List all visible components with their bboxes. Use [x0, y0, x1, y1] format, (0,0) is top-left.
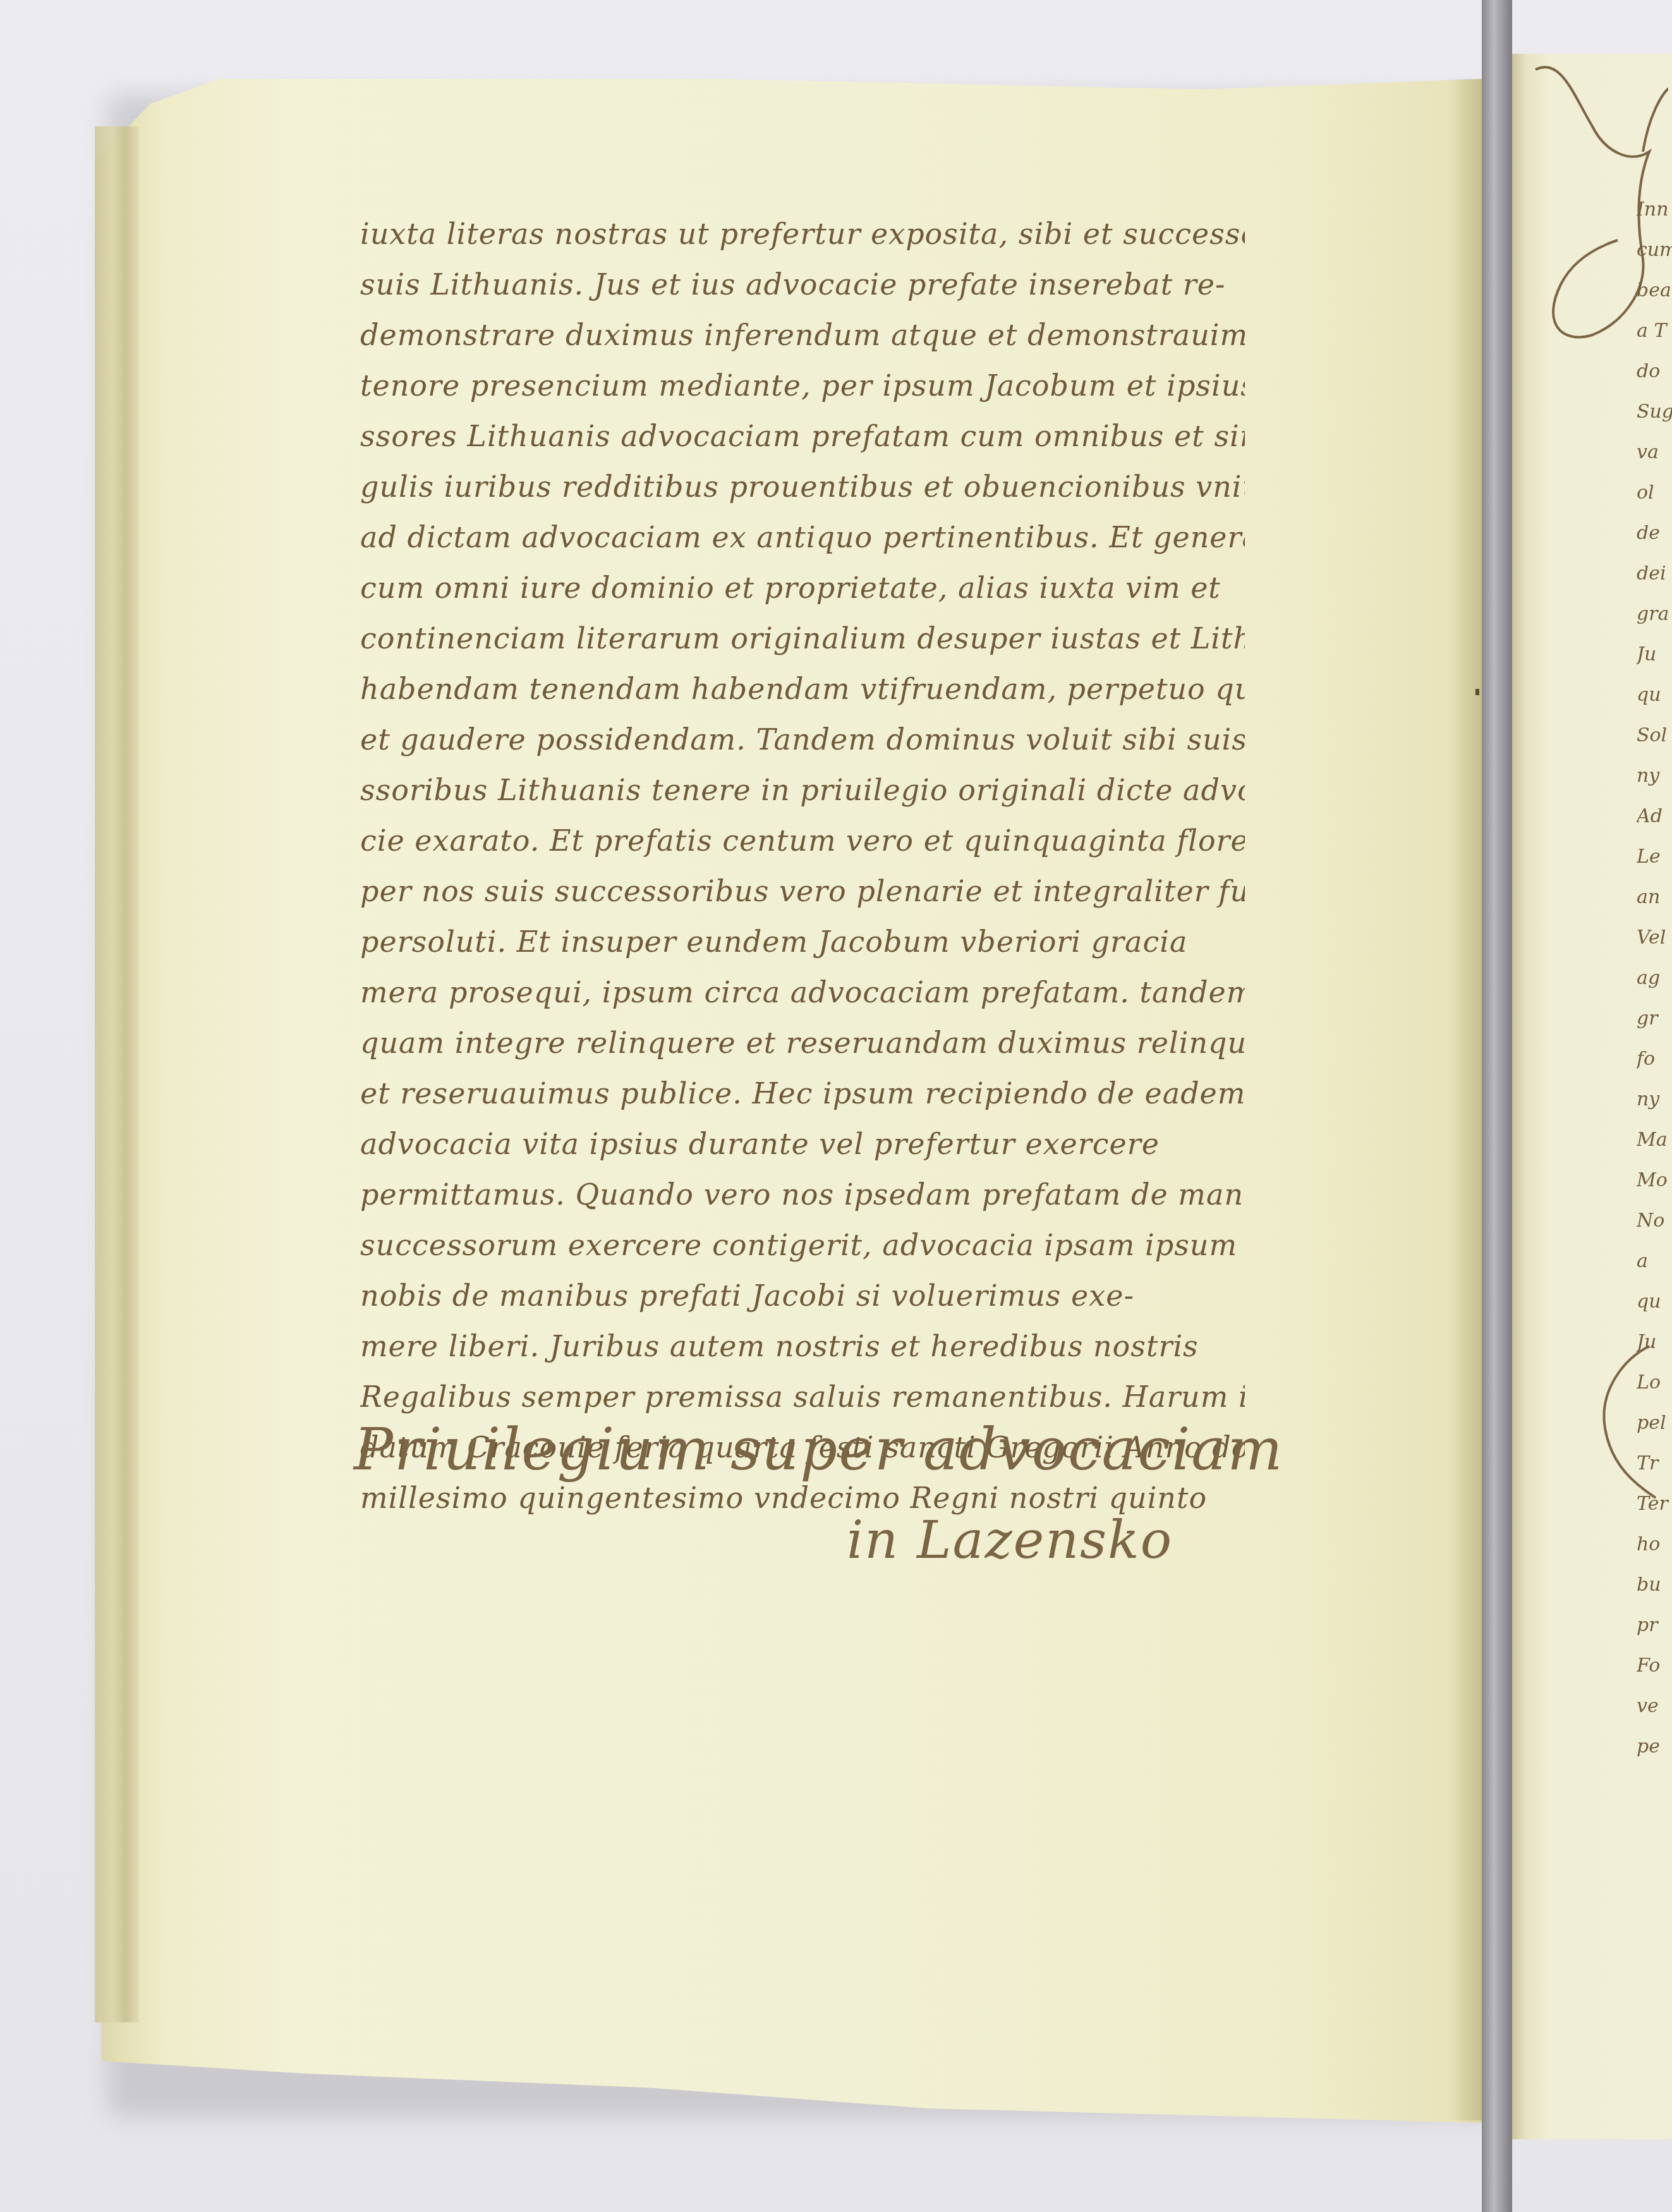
margin-fragment: ny: [1637, 1079, 1672, 1120]
text-line: gulis iuribus redditibus prouentibus et …: [360, 461, 1245, 512]
margin-fragment: Inn: [1637, 190, 1672, 230]
text-line: ssoribus Lithuanis tenere in priuilegio …: [360, 765, 1245, 815]
margin-fragment: qu: [1637, 1282, 1672, 1322]
text-line: demonstrare duximus inferendum atque et …: [360, 310, 1245, 360]
text-line: ssores Lithuanis advocaciam prefatam cum…: [360, 411, 1245, 461]
margin-fragment: Ju: [1637, 1322, 1672, 1363]
text-line: cum omni iure dominio et proprietate, al…: [360, 562, 1245, 613]
margin-fragment: pel: [1637, 1403, 1672, 1443]
margin-fragment: pr: [1637, 1605, 1672, 1646]
manuscript-body-text: iuxta literas nostras ut prefertur expos…: [360, 209, 1245, 1523]
text-line: iuxta literas nostras ut prefertur expos…: [360, 209, 1245, 259]
margin-fragment: Le: [1637, 837, 1672, 877]
margin-fragment: Lo: [1637, 1363, 1672, 1403]
text-line: continenciam literarum originalium desup…: [360, 613, 1245, 664]
text-line: mere liberi. Juribus autem nostris et he…: [360, 1321, 1245, 1371]
margin-fragment: pe: [1637, 1727, 1672, 1767]
margin-fragment: va: [1637, 432, 1672, 473]
text-line: suis Lithuanis. Jus et ius advocacie pre…: [360, 259, 1245, 310]
text-line: habendam tenendam habendam vtifruendam, …: [360, 664, 1245, 714]
section-heading: Priuilegium super advocaciam: [354, 1416, 1283, 1483]
section-heading-continuation: in Lazensko: [847, 1510, 1173, 1571]
text-line: nobis de manibus prefati Jacobi si volue…: [360, 1270, 1245, 1321]
text-line: persoluti. Et insuper eundem Jacobum vbe…: [360, 916, 1245, 967]
text-line: Regalibus semper premissa saluis remanen…: [360, 1371, 1245, 1422]
text-line: tenore presencium mediante, per ipsum Ja…: [360, 360, 1245, 411]
margin-fragment: Ter: [1637, 1484, 1672, 1524]
margin-fragment: dei: [1637, 554, 1672, 594]
text-line: per nos suis successoribus vero plenarie…: [360, 866, 1245, 916]
margin-fragment: Ma: [1637, 1120, 1672, 1160]
margin-fragment: Sug: [1637, 392, 1672, 432]
text-line: quam integre relinquere et reseruandam d…: [360, 1018, 1245, 1068]
margin-fragment: ny: [1637, 756, 1672, 796]
ink-mark: [1475, 689, 1479, 695]
text-line: successorum exercere contigerit, advocac…: [360, 1220, 1245, 1270]
text-line: et gaudere possidendam. Tandem dominus v…: [360, 714, 1245, 765]
margin-fragment: a T: [1637, 311, 1672, 351]
margin-fragment: No: [1637, 1201, 1672, 1241]
margin-fragment: de: [1637, 513, 1672, 554]
margin-fragment: ag: [1637, 958, 1672, 999]
text-line: ad dictam advocaciam ex antiquo pertinen…: [360, 512, 1245, 562]
margin-fragment: Ju: [1637, 635, 1672, 675]
text-line: mera prosequi, ipsum circa advocaciam pr…: [360, 967, 1245, 1018]
margin-fragment: Tr: [1637, 1443, 1672, 1484]
right-page-text-fragments: Inn cum beat a T do Sug va ol de dei gra…: [1637, 190, 1672, 1767]
margin-fragment: gr: [1637, 999, 1672, 1039]
margin-fragment: ho: [1637, 1524, 1672, 1565]
margin-fragment: qu: [1637, 675, 1672, 715]
margin-fragment: bu: [1637, 1565, 1672, 1605]
margin-fragment: beat: [1637, 270, 1672, 311]
text-line: et reseruauimus publice. Hec ipsum recip…: [360, 1068, 1245, 1119]
margin-fragment: a: [1637, 1241, 1672, 1282]
margin-fragment: Fo: [1637, 1646, 1672, 1686]
text-line: cie exarato. Et prefatis centum vero et …: [360, 815, 1245, 866]
margin-fragment: ve: [1637, 1686, 1672, 1727]
margin-fragment: Ad: [1637, 796, 1672, 837]
margin-fragment: do: [1637, 351, 1672, 392]
margin-fragment: fo: [1637, 1039, 1672, 1079]
gutter-shade: [1447, 79, 1485, 2120]
margin-fragment: Vel: [1637, 918, 1672, 958]
page-edge-binding: [95, 126, 139, 2022]
margin-fragment: ol: [1637, 473, 1672, 513]
text-line: advocacia vita ipsius durante vel prefer…: [360, 1119, 1245, 1169]
margin-fragment: gra: [1637, 594, 1672, 635]
text-line: permittamus. Quando vero nos ipsedam pre…: [360, 1169, 1245, 1220]
margin-fragment: an: [1637, 877, 1672, 918]
margin-fragment: Sol: [1637, 715, 1672, 756]
margin-fragment: Mo: [1637, 1160, 1672, 1201]
margin-fragment: cum: [1637, 230, 1672, 270]
book-gutter: [1482, 0, 1512, 2212]
